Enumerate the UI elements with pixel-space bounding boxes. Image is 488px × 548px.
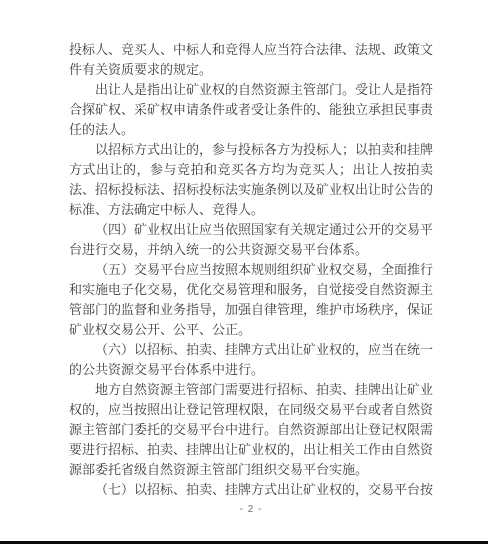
paragraph: 出让人是指出让矿业权的自然资源主管部门。受让人是指符合探矿权、采矿权申请条件或者…: [69, 80, 433, 140]
document-body-text: 投标人、竞买人、中标人和竞得人应当符合法律、法规、政策文件有关资质要求的规定。 …: [69, 40, 433, 500]
paragraph-item-5: （五）交易平台应当按照本规则组织矿业权交易，全面推行和实施电子化交易，优化交易管…: [69, 260, 433, 340]
paragraph-item-4: （四）矿业权出让应当依照国家有关规定通过公开的交易平台进行交易，并纳入统一的公共…: [69, 220, 433, 260]
page-number: - 2 -: [69, 504, 433, 515]
paragraph-continuation: 投标人、竞买人、中标人和竞得人应当符合法律、法规、政策文件有关资质要求的规定。: [69, 40, 433, 80]
bottom-edge-divider: [0, 541, 488, 544]
paragraph-item-6: （六）以招标、拍卖、挂牌方式出让矿业权的，应当在统一的公共资源交易平台体系中进行…: [69, 340, 433, 380]
paragraph: 以招标方式出让的，参与投标各方为投标人；以拍卖和挂牌方式出让的，参与竞拍和竞买各…: [69, 140, 433, 220]
document-viewport: 投标人、竞买人、中标人和竞得人应当符合法律、法规、政策文件有关资质要求的规定。 …: [0, 0, 488, 548]
paragraph-item-7: （七）以招标、拍卖、挂牌方式出让矿业权的，交易平台按: [69, 480, 433, 500]
paragraph: 地方自然资源主管部门需要进行招标、拍卖、挂牌出让矿业权的，应当按照出让登记管理权…: [69, 380, 433, 480]
document-page: 投标人、竞买人、中标人和竞得人应当符合法律、法规、政策文件有关资质要求的规定。 …: [0, 0, 488, 548]
